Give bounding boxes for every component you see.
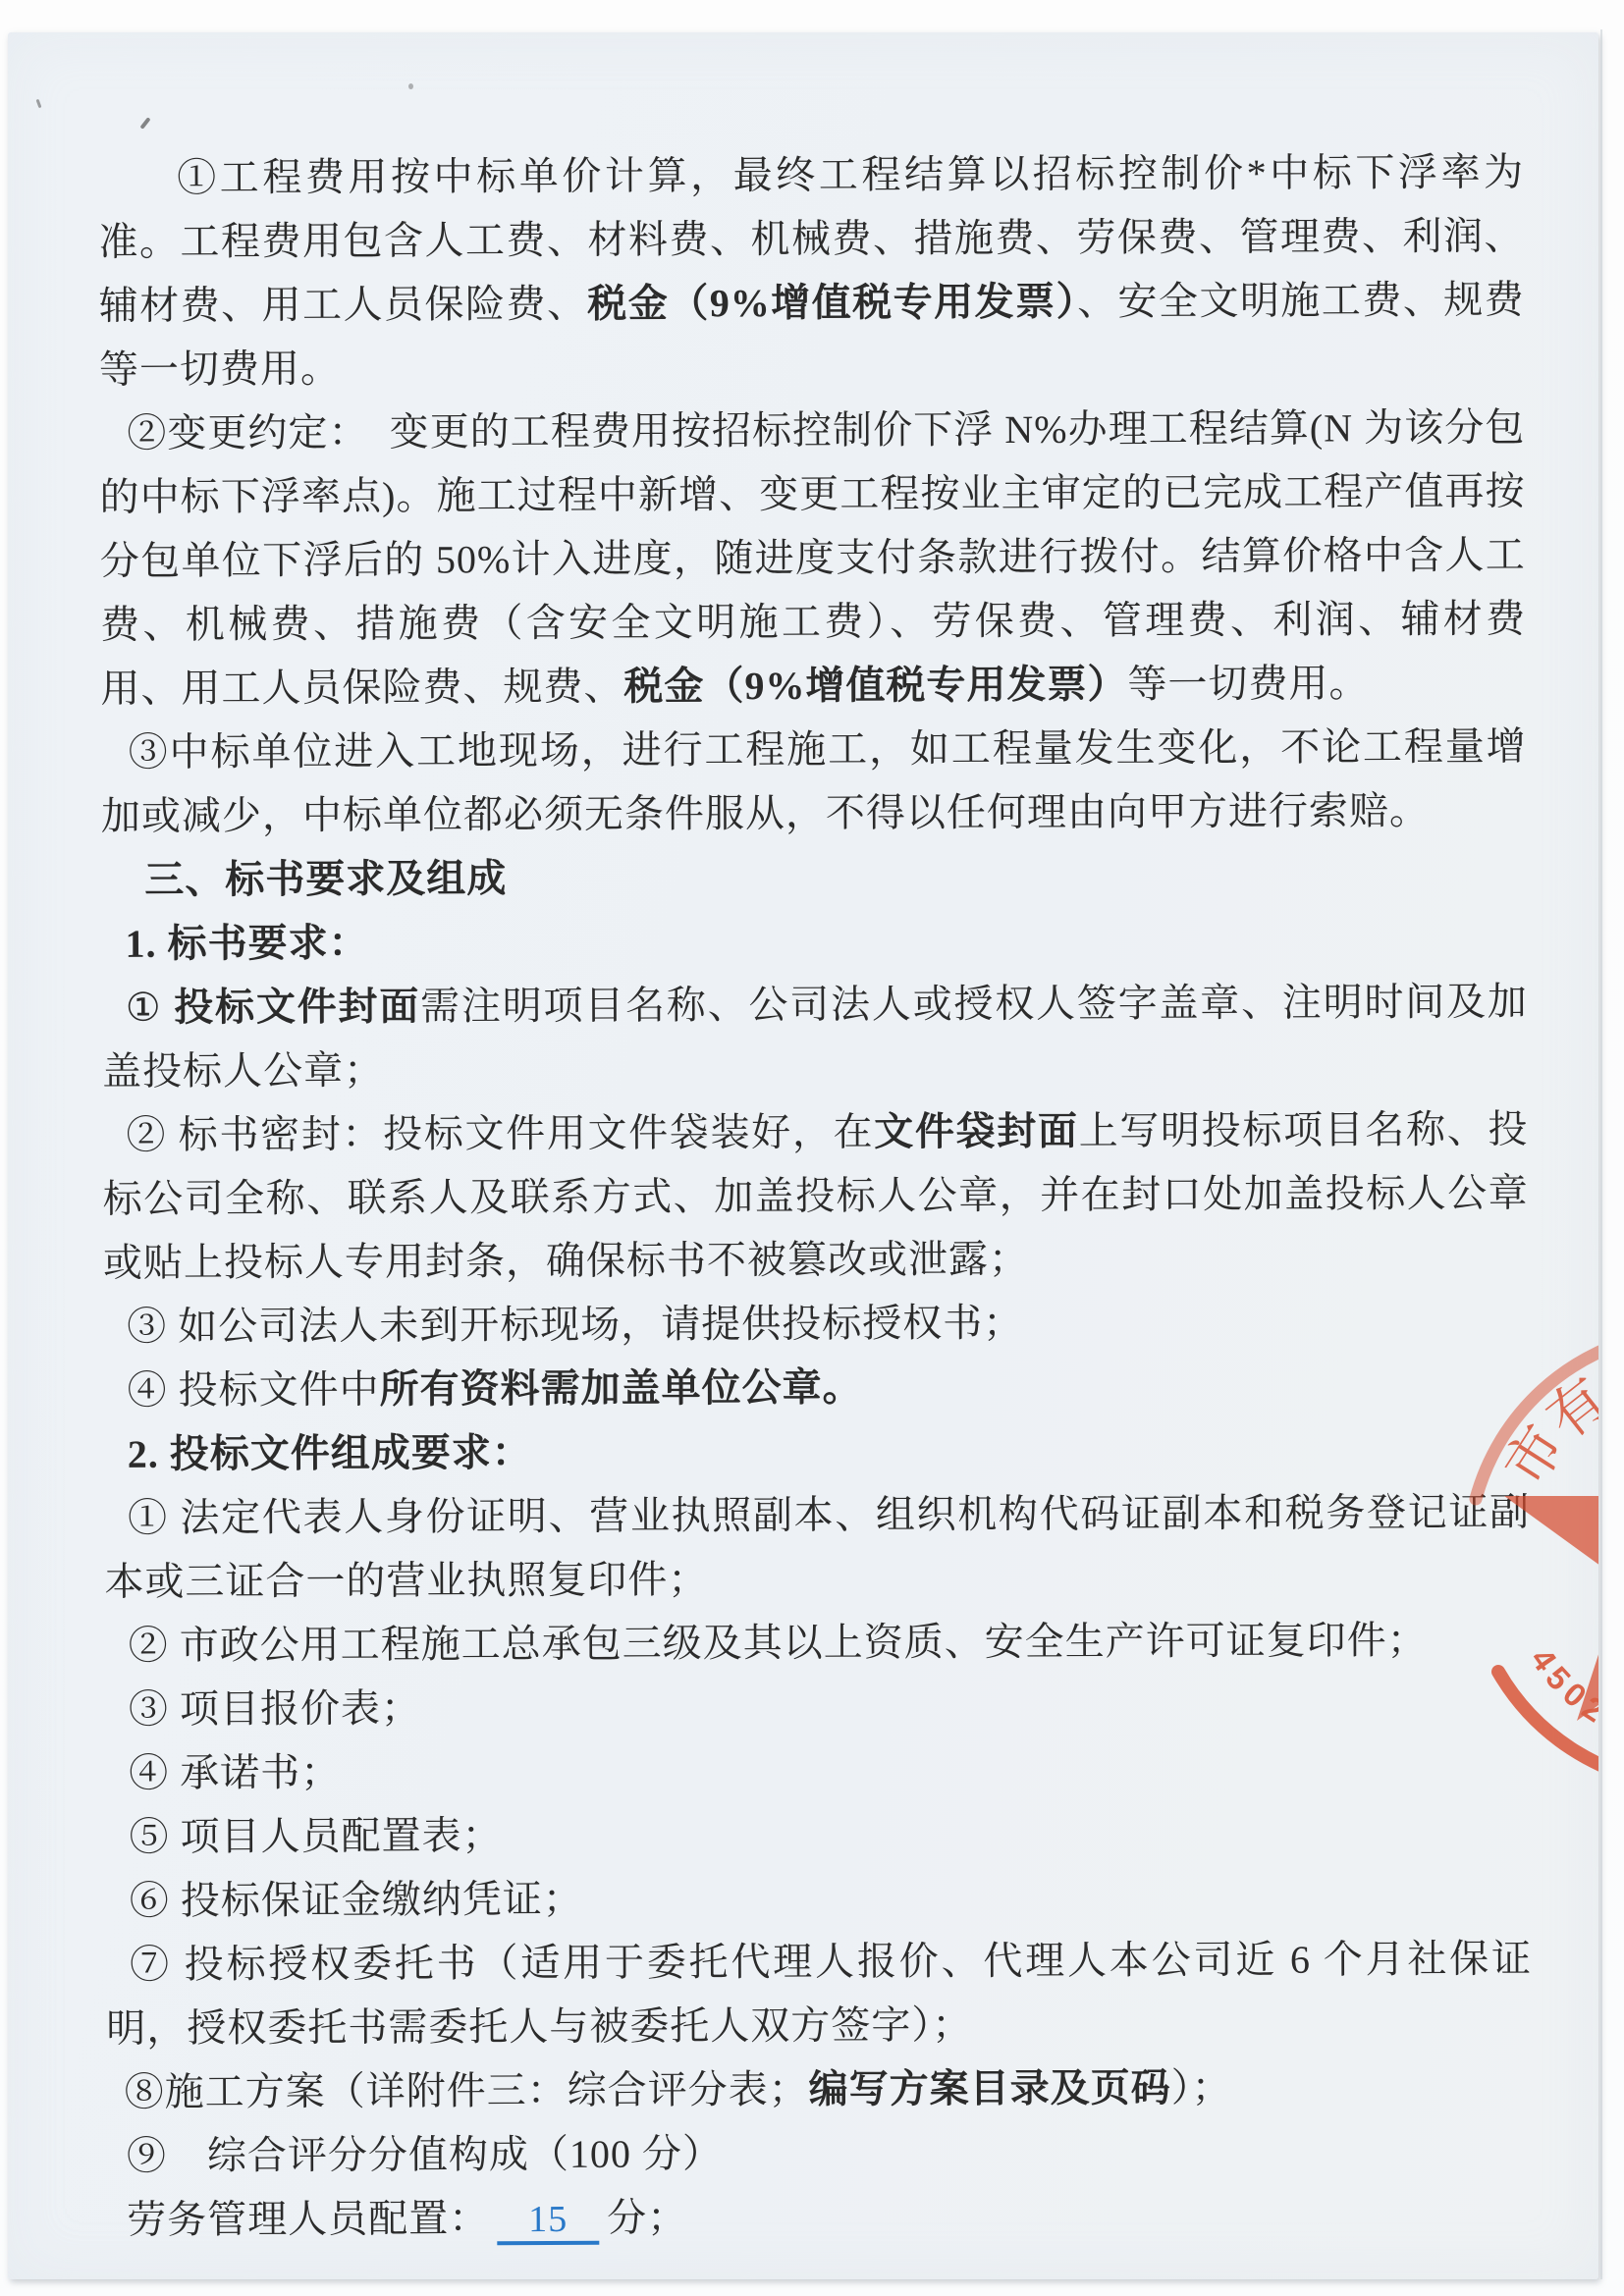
item-score-composition: ⑨ 综合评分分值构成（100 分） — [107, 2118, 1533, 2188]
score-blank-field: 15 — [497, 2200, 599, 2245]
item-authorization-letter: ③ 如公司法人未到开标现场，请提供投标授权书； — [103, 1289, 1529, 1359]
item-legal-certificates: ① 法定代表人身份证明、营业执照副本、组织机构代码证副本和税务登记证副本或三证合… — [104, 1480, 1531, 1614]
labor-management-score-value: 15 — [528, 2199, 568, 2240]
item-proxy-letter: ⑦ 投标授权委托书（适用于委托代理人报价、代理人本公司近 6 个月社保证明，授权… — [106, 1927, 1533, 2060]
item-company-seal: ④ 投标文件中所有资料需加盖单位公章。 — [103, 1353, 1529, 1422]
item-sealing: ② 标书密封：投标文件用文件袋装好，在文件袋封面上写明投标项目名称、投标公司全称… — [102, 1097, 1529, 1295]
document-content: ①工程费用按中标单价计算，最终工程结算以招标控制价*中标下浮率为准。工程费用包含… — [98, 140, 1533, 2252]
para-change-agreement: ②变更约定： 变更的工程费用按招标控制价下浮 N%办理工程结算(N 为该分包的中… — [99, 396, 1526, 721]
heading-section-3: 三、标书要求及组成 — [101, 842, 1527, 912]
scan-edge-shadow — [1600, 29, 1602, 2279]
stamp-serial-digits: 4502544 — [1524, 1641, 1598, 1757]
scan-speck — [139, 117, 150, 130]
scan-speck — [36, 99, 42, 108]
item-commitment-letter: ④ 承诺书； — [105, 1735, 1531, 1805]
item-staffing-form: ⑤ 项目人员配置表； — [105, 1799, 1531, 1869]
item-deposit-receipt: ⑥ 投标保证金缴纳凭证； — [106, 1863, 1532, 1933]
scan-speck — [408, 83, 413, 89]
document-page: ①工程费用按中标单价计算，最终工程结算以招标控制价*中标下浮率为准。工程费用包含… — [8, 32, 1598, 2279]
item-qualification: ② 市政公用工程施工总承包三级及其以上资质、安全生产许可证复印件； — [105, 1608, 1531, 1678]
para-quantity-change: ③中标单位进入工地现场，进行工程施工，如工程量发生变化，不论工程量增加或减少，中… — [101, 715, 1528, 848]
scanned-document-image: { "document": { "lines": [ {"name":"para… — [0, 0, 1624, 2296]
svg-text:4502544: 4502544 — [1524, 1641, 1598, 1757]
item-quotation-form: ③ 项目报价表； — [105, 1672, 1531, 1741]
item-cover: ① 投标文件封面需注明项目名称、公司法人或授权人签字盖章、注明时间及加盖投标人公… — [102, 970, 1529, 1103]
line-labor-management-score: 劳务管理人员配置：15分； — [107, 2182, 1533, 2252]
heading-bid-composition: 2. 投标文件组成要求： — [104, 1416, 1530, 1486]
heading-bid-requirements: 1. 标书要求： — [101, 906, 1527, 976]
para-project-fee: ①工程费用按中标单价计算，最终工程结算以招标控制价*中标下浮率为准。工程费用包含… — [98, 140, 1525, 401]
item-construction-plan: ⑧施工方案（详附件三：综合评分表；编写方案目录及页码）； — [107, 2055, 1533, 2124]
